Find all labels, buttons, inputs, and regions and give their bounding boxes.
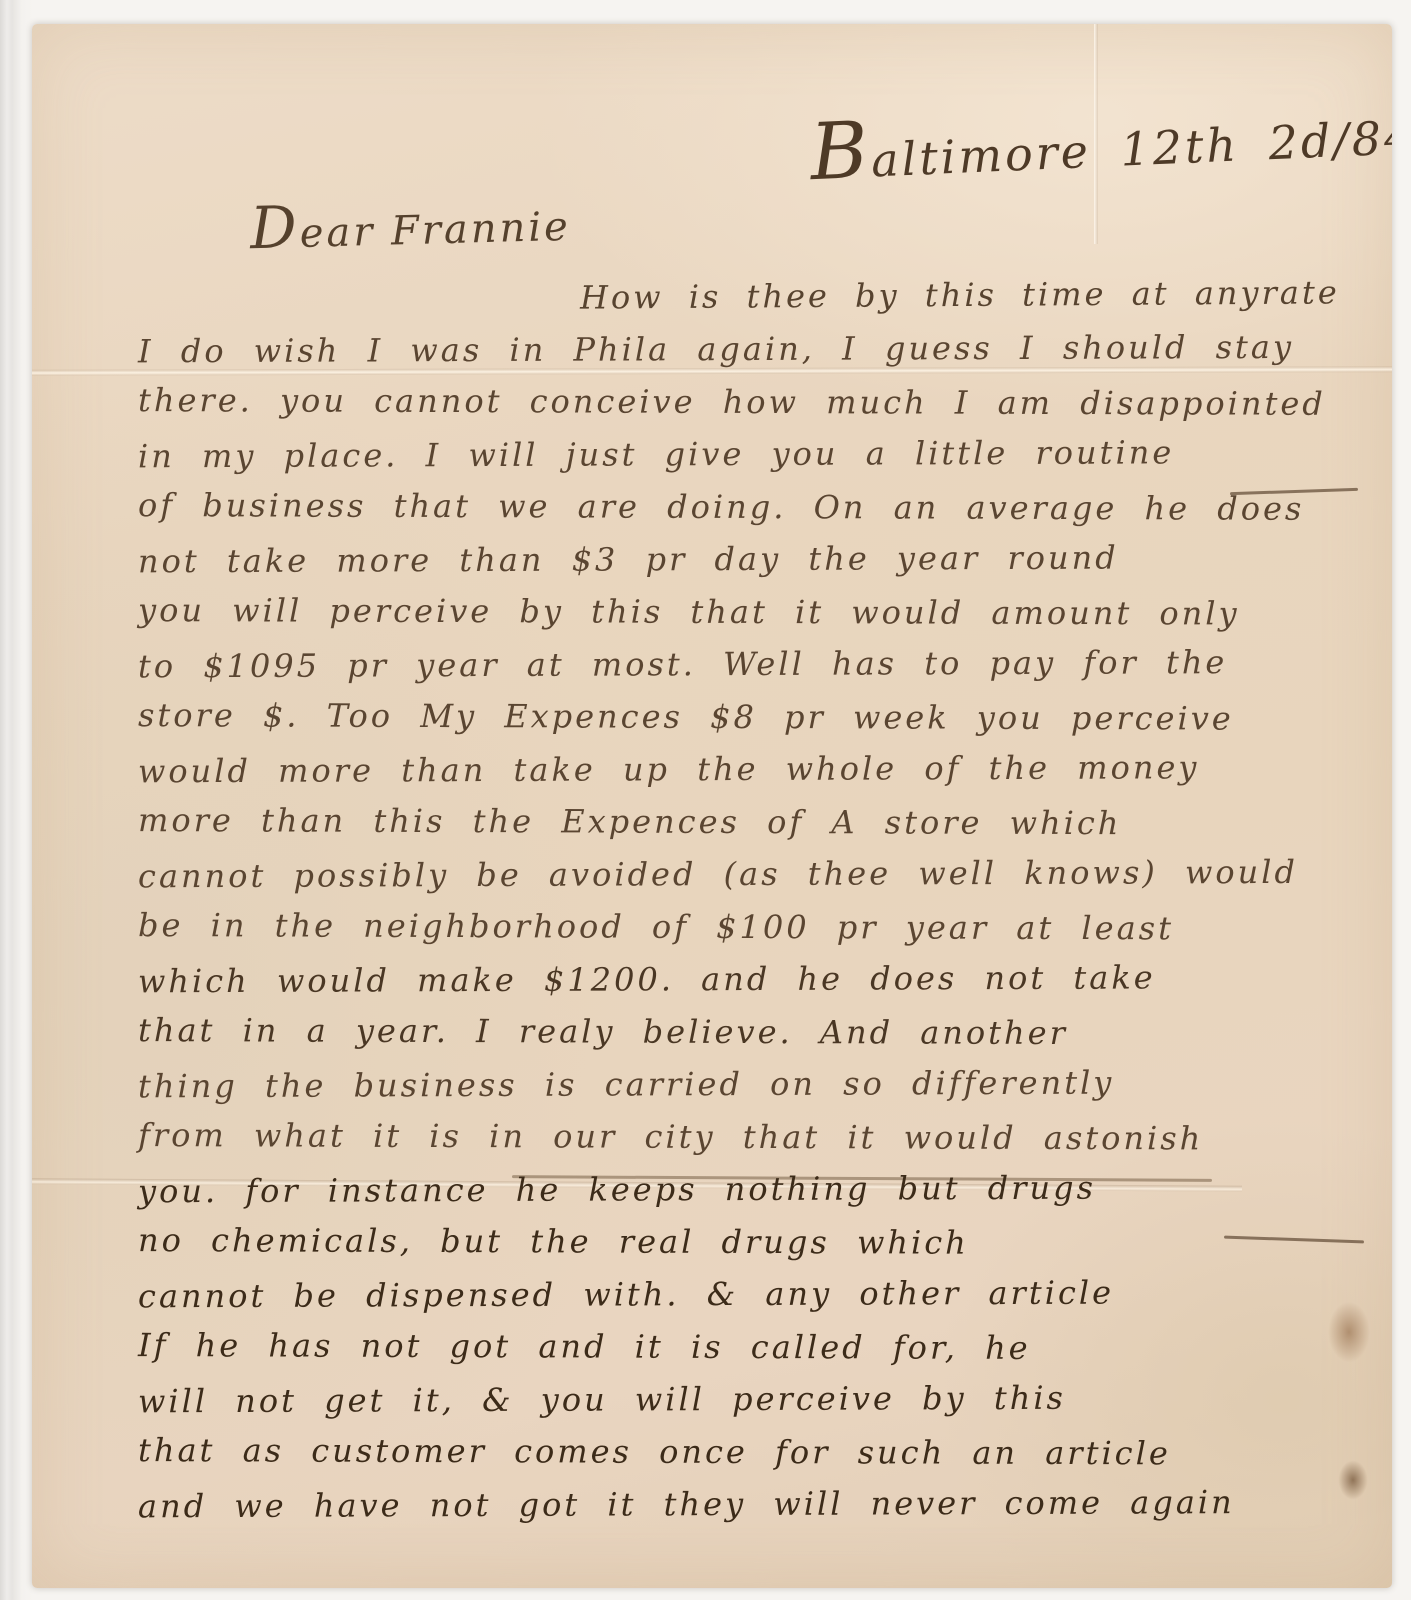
- scanner-edge-shadow: [0, 0, 34, 1600]
- letter-line-5: not take more than $3 pr day the year ro…: [138, 538, 1362, 595]
- letter-line-22: that as customer comes once for such an …: [138, 1431, 1362, 1487]
- letter-line-13: which would make $1200. and he does not …: [138, 958, 1362, 1015]
- letter-line-3: in my place. I will just give you a litt…: [138, 433, 1362, 490]
- letter-line-20: If he has not got and it is called for, …: [138, 1326, 1362, 1382]
- letter-line-9: would more than take up the whole of the…: [138, 748, 1362, 805]
- letter-line-6: you will perceive by this that it would …: [138, 591, 1362, 647]
- letter-line-8: store $. Too My Expences $8 pr week you …: [138, 696, 1362, 752]
- letter-line-18: no chemicals, but the real drugs which: [138, 1221, 1362, 1277]
- letter-dateline: Baltimore 12th 2d/84: [808, 81, 1392, 198]
- letter-line-19: cannot be dispensed with. & any other ar…: [138, 1273, 1362, 1330]
- letter-opening-line: How is thee by this time at anyrate: [580, 273, 1340, 316]
- letter-line-1: I do wish I was in Phila again, I guess …: [138, 328, 1362, 385]
- letter-body: I do wish I was in Phila again, I guess …: [138, 330, 1362, 1538]
- letter-line-14: that in a year. I realy believe. And ano…: [138, 1011, 1362, 1067]
- letter-line-7: to $1095 pr year at most. Well has to pa…: [138, 643, 1362, 700]
- letter-line-21: will not get it, & you will perceive by …: [138, 1378, 1362, 1435]
- letter-line-2: there. you cannot conceive how much I am…: [138, 381, 1362, 437]
- letter-line-16: from what it is in our city that it woul…: [138, 1116, 1362, 1172]
- letter-salutation: Dear Frannie: [249, 186, 571, 262]
- letter-line-4: of business that we are doing. On an ave…: [138, 486, 1362, 542]
- letter-line-11: cannot possibly be avoided (as thee well…: [138, 853, 1362, 910]
- letter-page: Baltimore 12th 2d/84 Dear Frannie How is…: [32, 24, 1392, 1588]
- letter-line-12: be in the neighborhood of $100 pr year a…: [138, 906, 1362, 962]
- letter-line-15: thing the business is carried on so diff…: [138, 1063, 1362, 1120]
- letter-line-10: more than this the Expences of A store w…: [138, 801, 1362, 857]
- letter-line-23: and we have not got it they will never c…: [138, 1483, 1362, 1540]
- letter-line-17: you. for instance he keeps nothing but d…: [138, 1168, 1362, 1225]
